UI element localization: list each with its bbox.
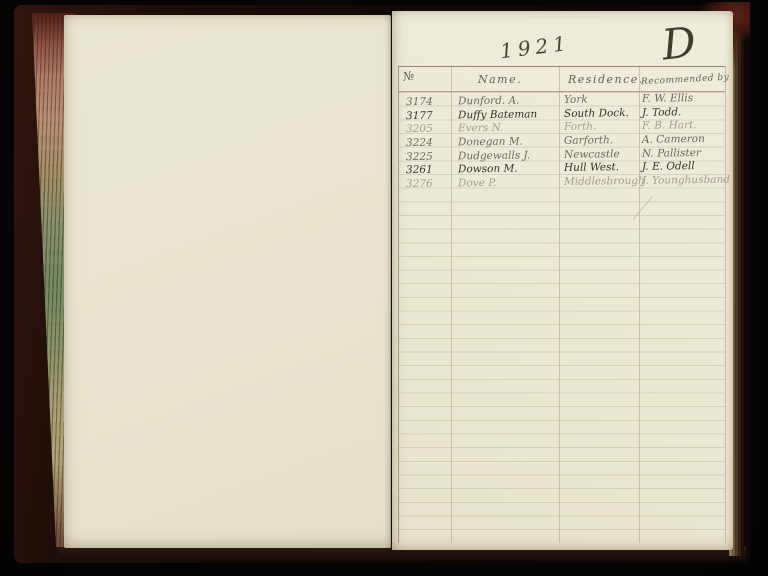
cell-no: 3276	[406, 178, 433, 190]
column-header-residence: Residence.	[568, 73, 644, 86]
open-ledger-photo: 1921 D № Name. Residence. Recommended by…	[0, 0, 768, 576]
cell-recommended: N. Pallister	[642, 147, 701, 160]
cell-recommended: F. B. Hart.	[642, 119, 697, 132]
cell-no: 3225	[406, 150, 433, 162]
year-heading: 1921	[499, 31, 572, 63]
cell-no: 3205	[406, 123, 433, 135]
cell-name: Evers N.	[458, 122, 504, 135]
table-top-rule	[398, 66, 725, 67]
left-page-blank	[64, 15, 391, 548]
right-page-ledger: 1921 D № Name. Residence. Recommended by…	[392, 11, 733, 550]
column-header-recommended-by: Recommended by	[641, 73, 730, 88]
cell-no: 3224	[406, 137, 433, 149]
index-letter: D	[660, 17, 699, 69]
cell-residence: Middlesbrough	[564, 175, 645, 188]
cell-recommended: J. Todd.	[642, 106, 682, 119]
cell-recommended: J. Younghusband	[642, 174, 730, 187]
cell-name: Dove P.	[458, 177, 497, 190]
cell-no: 3261	[406, 164, 433, 176]
cell-residence: York	[564, 94, 588, 106]
cell-no: 3174	[406, 96, 433, 108]
cell-residence: South Dock.	[564, 107, 629, 120]
cell-recommended: J. E. Odell	[642, 160, 695, 173]
cell-name: Duffy Bateman	[458, 108, 537, 121]
cell-name: Dowson M.	[458, 163, 518, 176]
table-right-rule	[725, 66, 726, 543]
cell-residence: Garforth.	[564, 134, 613, 147]
cell-name: Dudgewalls J.	[458, 149, 530, 162]
column-header-no: №	[402, 68, 417, 84]
cell-residence: Forth.	[564, 121, 597, 133]
cell-no: 3177	[406, 109, 433, 121]
cell-name: Dunford. A.	[458, 95, 520, 108]
column-header-name: Name.	[478, 73, 522, 86]
cell-recommended: F. W. Ellis	[642, 92, 693, 105]
cell-residence: Newcastle	[564, 148, 620, 161]
cell-residence: Hull West.	[564, 161, 619, 174]
cell-recommended: A. Cameron	[642, 133, 705, 146]
cell-name: Donegan M.	[458, 135, 523, 148]
